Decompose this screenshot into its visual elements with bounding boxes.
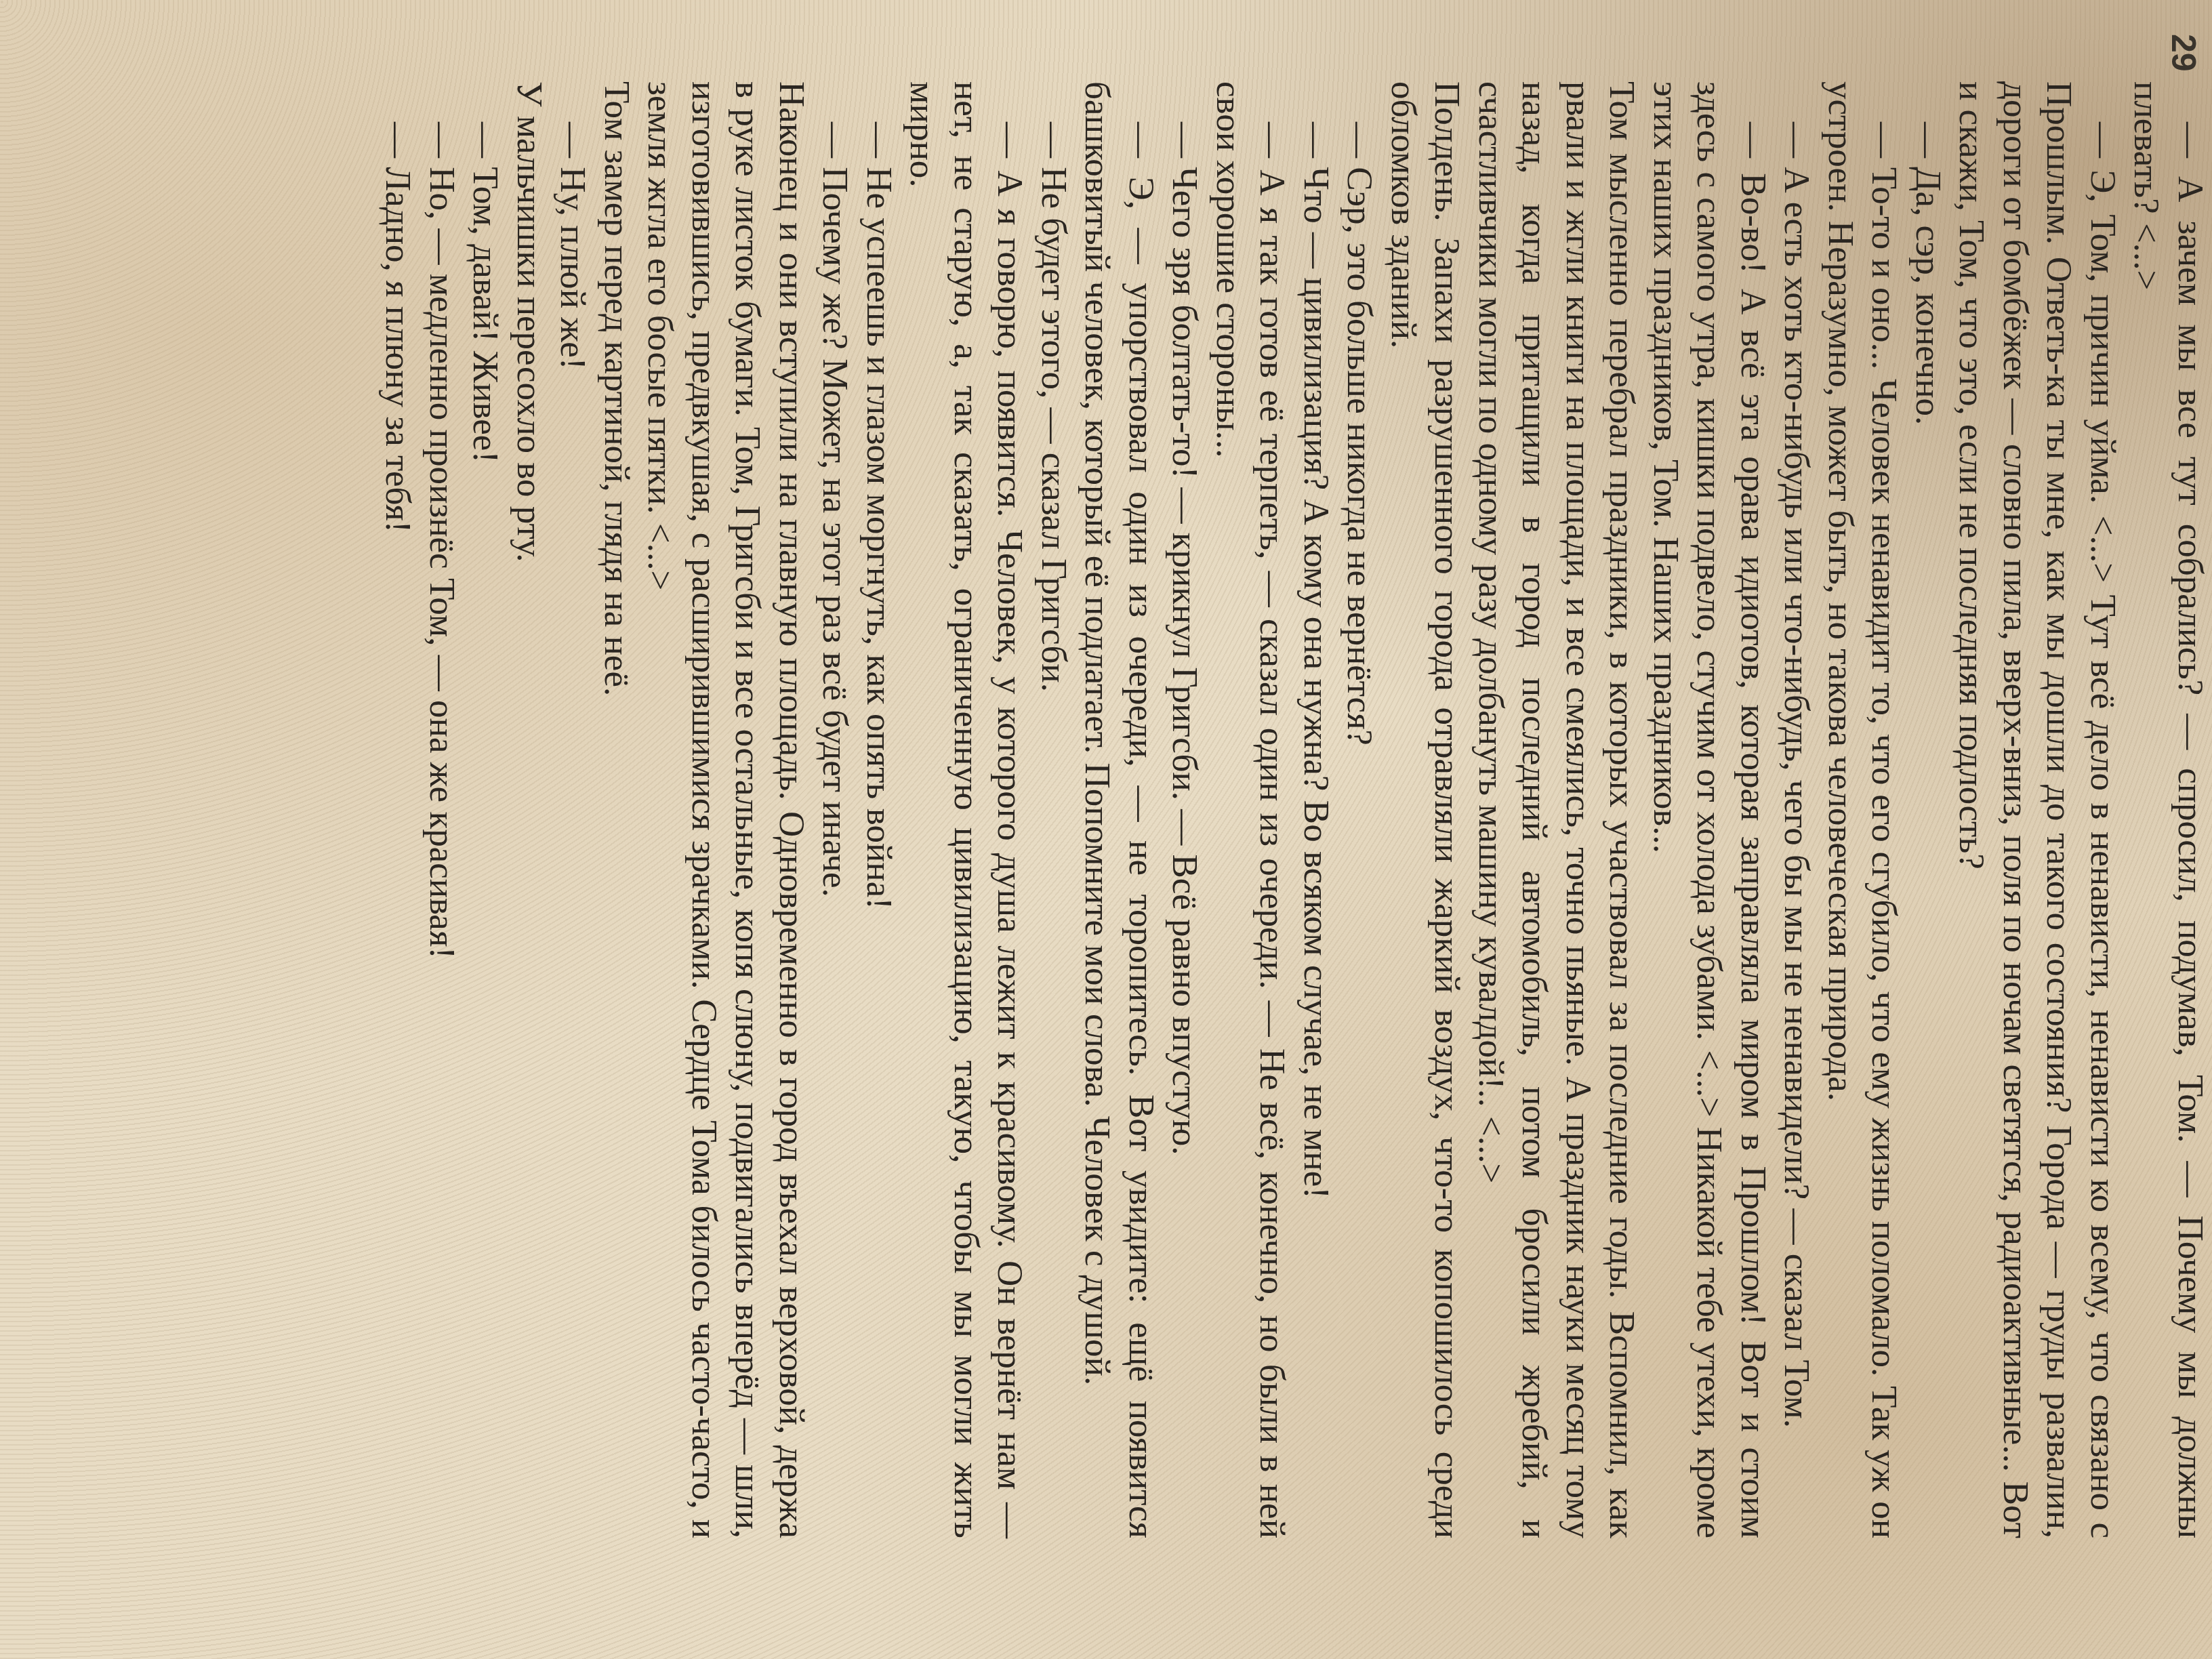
paragraph: Наконец и они вступили на главную площад… xyxy=(638,81,813,1538)
paragraph: Полдень. Запахи разрушенного города отра… xyxy=(1382,81,1469,1538)
paragraph: — Чего зря болтать-то! — крикнул Григсби… xyxy=(1163,81,1207,1538)
paragraph: — Да, сэр, конечно. xyxy=(1906,81,1950,1538)
paragraph: — Э, Том, причин уйма. <...> Тут всё дел… xyxy=(1950,81,2125,1538)
paragraph: — А я так готов её терпеть, — сказал оди… xyxy=(1207,81,1294,1538)
paragraph: Том мысленно перебрал праздники, в котор… xyxy=(1469,81,1644,1538)
paragraphs: — А зачем мы все тут собрались? — спроси… xyxy=(376,81,2212,1538)
paragraph: — А зачем мы все тут собрались? — спроси… xyxy=(2125,81,2212,1538)
paragraph: — Не успеешь и глазом моргнуть, как опят… xyxy=(857,81,901,1538)
page-number: 29 xyxy=(2162,34,2206,72)
paragraph: — А я говорю, появится. Человек, у котор… xyxy=(901,81,1032,1538)
page-text-block: 29 — А зачем мы все тут собрались? — спр… xyxy=(267,81,2212,1538)
paragraph: — Почему же? Может, на этот раз всё буде… xyxy=(813,81,857,1538)
paragraph: — Э, — упорствовал один из очереди, — не… xyxy=(1076,81,1163,1538)
book-page-photo: 29 — А зачем мы все тут собрались? — спр… xyxy=(0,0,2212,1659)
paragraph: — Что — цивилизация? А кому она нужна? В… xyxy=(1294,81,1338,1538)
paragraph: — Том, давай! Живее! xyxy=(464,81,508,1538)
paragraph: У мальчишки пересохло во рту. xyxy=(508,81,552,1538)
paragraph: — А есть хоть кто-нибудь или что-нибудь,… xyxy=(1775,81,1819,1538)
paragraph: — Но, — медленно произнёс Том, — она же … xyxy=(420,81,464,1538)
paragraph: — Сэр, это больше никогда не вернётся? xyxy=(1338,81,1382,1538)
paragraph: — Не будет этого, — сказал Григсби. xyxy=(1032,81,1076,1538)
paragraph: — То-то и оно... Человек ненавидит то, ч… xyxy=(1819,81,1906,1538)
paragraph: — Ладно, я плюну за тебя! xyxy=(376,81,420,1538)
paragraph: Том замер перед картиной, глядя на неё. xyxy=(595,81,639,1538)
paragraph: — Во-во! А всё эта орава идиотов, котора… xyxy=(1644,81,1776,1538)
paragraph: — Ну, плюй же! xyxy=(551,81,595,1538)
